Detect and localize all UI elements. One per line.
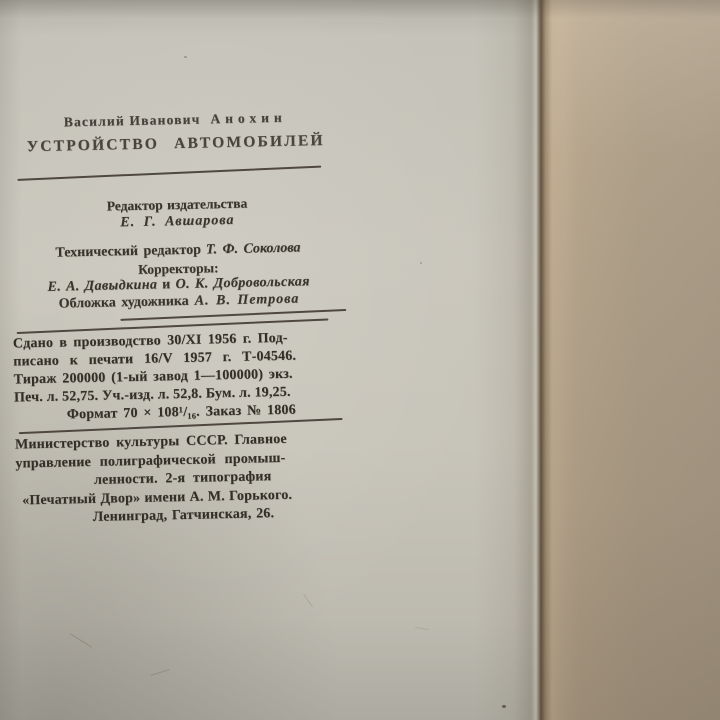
author-surname: Анохин (210, 110, 287, 127)
paper-speck (502, 705, 506, 708)
tech-editor-label: Технический редактор (55, 243, 201, 261)
paper-fiber (415, 627, 429, 630)
cover-artist-name: А. В. Петрова (195, 291, 300, 308)
book-gutter-shadow (514, 0, 564, 720)
tech-editor-name: Т. Ф. Соколова (206, 241, 301, 258)
author-first-names: Василий Иванович (64, 112, 201, 130)
publisher-info-block: Министерство культуры СССР. Главное упра… (15, 430, 351, 529)
corrector-name-2: О. К. Добровольская (175, 274, 310, 292)
paper-fiber (303, 594, 313, 608)
author-name: Василий ИвановичАнохин (8, 109, 342, 132)
right-page (540, 0, 720, 720)
correctors-conjunction: и (162, 277, 171, 292)
production-info-block: Сдано в производство 30/XI 1956 г. Под- … (13, 329, 349, 426)
corrector-name-1: Е. А. Давыдкина (47, 278, 157, 295)
paper-fiber (150, 669, 169, 676)
paper-speck (420, 262, 422, 264)
left-page: Василий ИвановичАнохин УСТРОЙСТВО АВТОМО… (0, 0, 540, 720)
photo-top-shadow (0, 0, 720, 18)
divider-rule-under-title (17, 166, 321, 181)
open-book-photo: Василий ИвановичАнохин УСТРОЙСТВО АВТОМО… (0, 0, 720, 720)
paper-fiber (70, 633, 93, 648)
paper-speck (184, 56, 187, 58)
colophon-text-block: Василий ИвановичАнохин УСТРОЙСТВО АВТОМО… (8, 97, 351, 530)
cover-artist-label: Обложка художника (59, 293, 189, 311)
book-title: УСТРОЙСТВО АВТОМОБИЛЕЙ (9, 132, 343, 157)
